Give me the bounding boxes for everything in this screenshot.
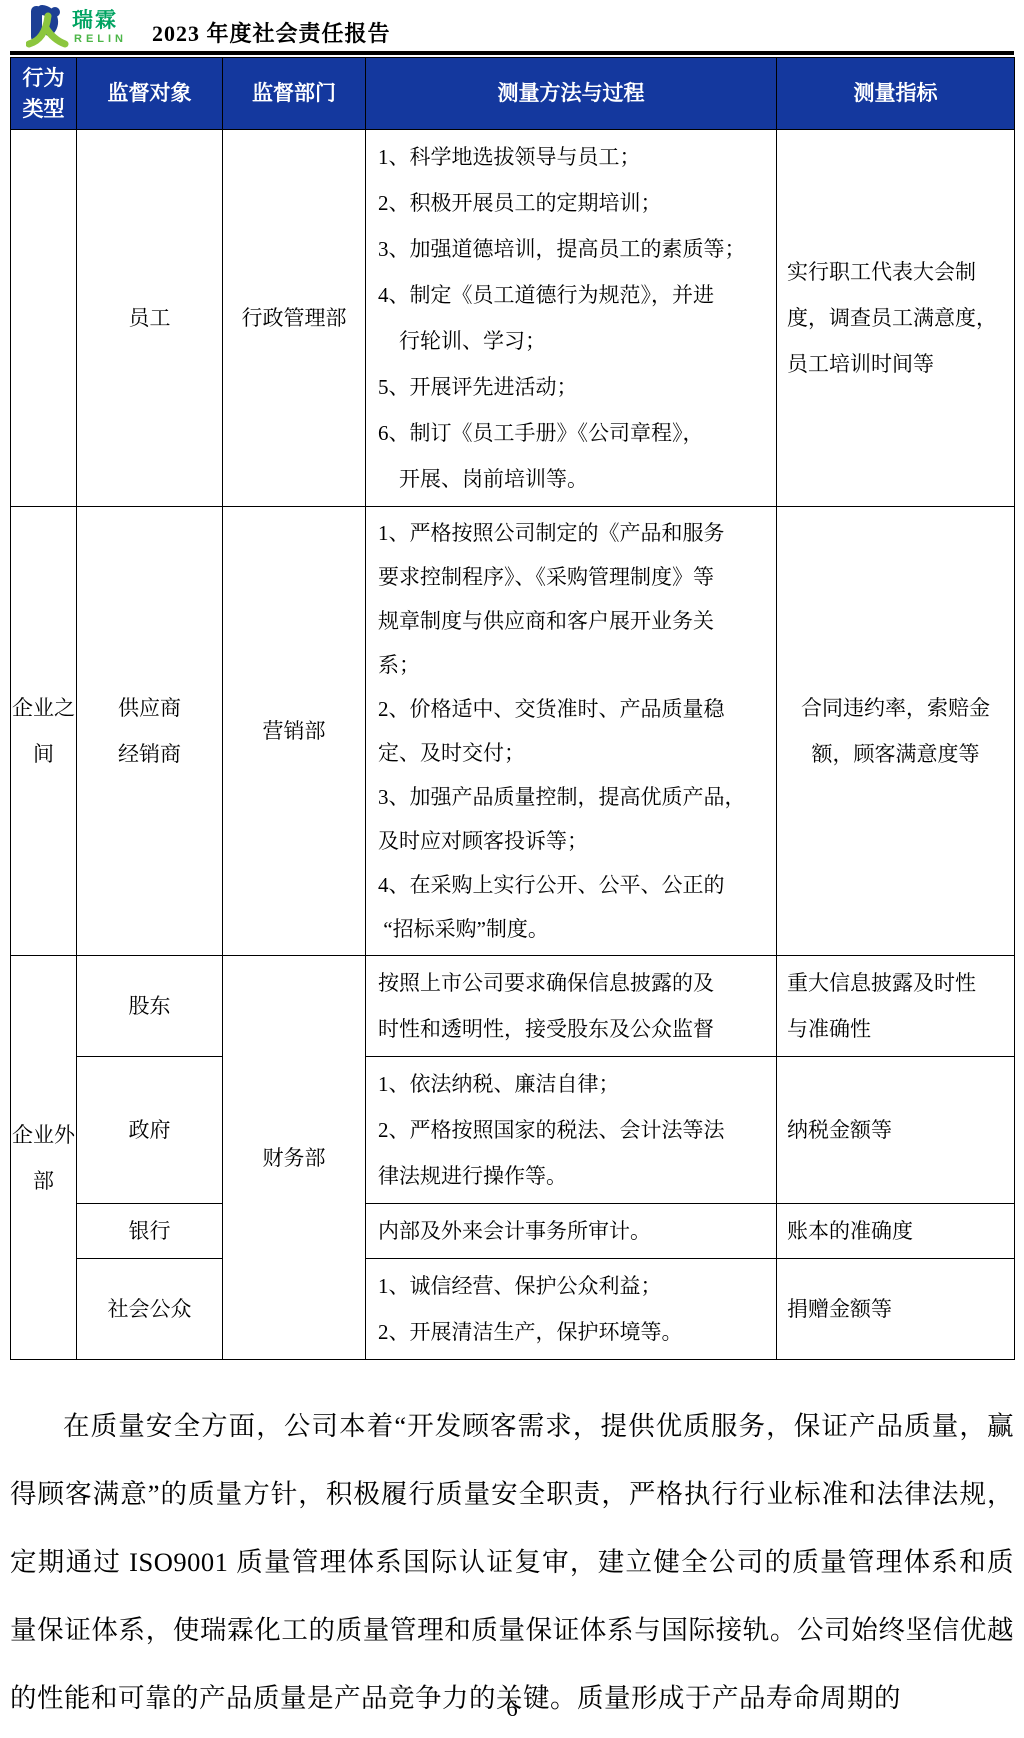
page-number: 6 — [0, 1696, 1024, 1722]
cell-object-employees: 员工 — [77, 130, 223, 507]
cell-type-between-enterprises: 企业之 间 — [11, 507, 77, 956]
logo-mark-icon — [29, 6, 65, 44]
table-row-banks: 银行 内部及外来会计事务所审计。 账本的准确度 — [11, 1204, 1015, 1259]
cell-methods-government: 1、依法纳税、廉洁自律； 2、严格按照国家的税法、会计法等法 律法规进行操作等。 — [366, 1057, 777, 1204]
cell-object-government: 政府 — [77, 1057, 223, 1204]
cell-methods-suppliers: 1、严格按照公司制定的《产品和服务 要求控制程序》、《采购管理制度》等 规章制度… — [366, 507, 777, 956]
col-header-measurement-indicators: 测量指标 — [777, 58, 1015, 130]
header-rule — [10, 51, 1014, 55]
table-header-row: 行为 类型 监督对象 监督部门 测量方法与过程 测量指标 — [11, 58, 1015, 130]
table-row-employees: 员工 行政管理部 1、科学地选拔领导与员工； 2、积极开展员工的定期培训； 3、… — [11, 130, 1015, 507]
cell-indicators-government: 纳税金额等 — [777, 1057, 1015, 1204]
cell-object-shareholders: 股东 — [77, 956, 223, 1057]
col-header-supervision-dept: 监督部门 — [223, 58, 366, 130]
cell-methods-banks: 内部及外来会计事务所审计。 — [366, 1204, 777, 1259]
cell-indicators-shareholders: 重大信息披露及时性 与准确性 — [777, 956, 1015, 1057]
cell-object-public: 社会公众 — [77, 1259, 223, 1360]
table-row-public: 社会公众 1、诚信经营、保护公众利益； 2、开展清洁生产，保护环境等。 捐赠金额… — [11, 1259, 1015, 1360]
cell-methods-public: 1、诚信经营、保护公众利益； 2、开展清洁生产，保护环境等。 — [366, 1259, 777, 1360]
relin-logo-graphic: 瑞霖 RELIN — [26, 4, 138, 48]
cell-type-empty — [11, 130, 77, 507]
logo-en-text: RELIN — [74, 33, 127, 45]
cell-object-suppliers: 供应商 经销商 — [77, 507, 223, 956]
cell-dept-marketing: 营销部 — [223, 507, 366, 956]
cell-indicators-banks: 账本的准确度 — [777, 1204, 1015, 1259]
table-row-government: 政府 1、依法纳税、廉洁自律； 2、严格按照国家的税法、会计法等法 律法规进行操… — [11, 1057, 1015, 1204]
document-header: 瑞霖 RELIN 2023 年度社会责任报告 — [0, 0, 1024, 48]
logo-cn-text: 瑞霖 — [72, 8, 118, 32]
cell-dept-finance: 财务部 — [223, 956, 366, 1360]
table-row-shareholders: 企业外 部 股东 财务部 按照上市公司要求确保信息披露的及 时性和透明性，接受股… — [11, 956, 1015, 1057]
cell-methods-employees: 1、科学地选拔领导与员工； 2、积极开展员工的定期培训； 3、加强道德培训，提高… — [366, 130, 777, 507]
cell-indicators-public: 捐赠金额等 — [777, 1259, 1015, 1360]
cell-methods-shareholders: 按照上市公司要求确保信息披露的及 时性和透明性，接受股东及公众监督 — [366, 956, 777, 1057]
col-header-supervision-object: 监督对象 — [77, 58, 223, 130]
cell-indicators-employees: 实行职工代表大会制 度，调查员工满意度， 员工培训时间等 — [777, 130, 1015, 507]
quality-policy-paragraph: 在质量安全方面，公司本着“开发顾客需求，提供优质服务，保证产品质量，赢得顾客满意… — [10, 1392, 1014, 1732]
cell-object-banks: 银行 — [77, 1204, 223, 1259]
cell-dept-admin: 行政管理部 — [223, 130, 366, 507]
relin-logo: 瑞霖 RELIN — [26, 4, 138, 48]
cell-type-external: 企业外 部 — [11, 956, 77, 1360]
col-header-behavior-type: 行为 类型 — [11, 58, 77, 130]
report-title: 2023 年度社会责任报告 — [152, 21, 391, 48]
col-header-measurement-methods: 测量方法与过程 — [366, 58, 777, 130]
supervision-table: 行为 类型 监督对象 监督部门 测量方法与过程 测量指标 员工 行政管理部 1、… — [10, 57, 1015, 1360]
cell-indicators-suppliers: 合同违约率，索赔金 额，顾客满意度等 — [777, 507, 1015, 956]
table-row-suppliers: 企业之 间 供应商 经销商 营销部 1、严格按照公司制定的《产品和服务 要求控制… — [11, 507, 1015, 956]
